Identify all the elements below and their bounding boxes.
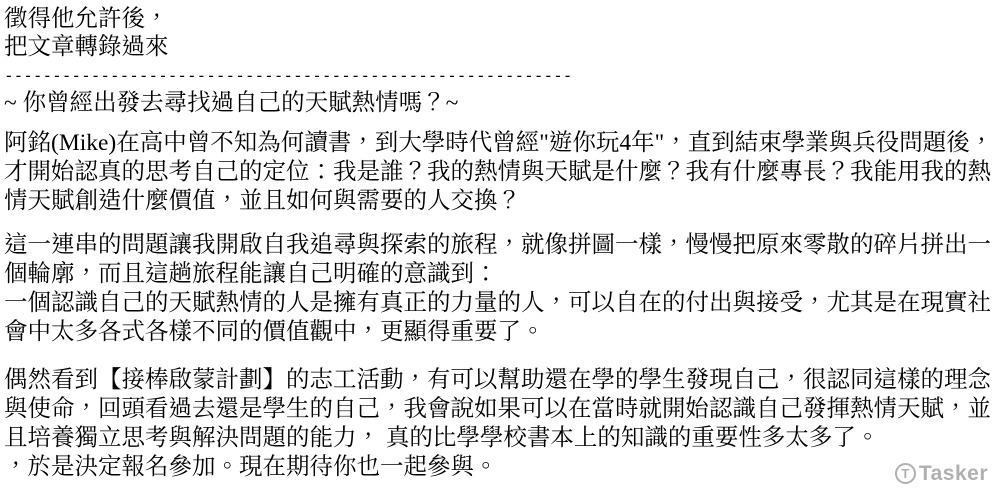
paragraph-3-text-line-a: 偶然看到【接棒啟蒙計劃】的志工活動，有可以幫助還在學的學生發現自己，很認同這樣的… [4,366,996,453]
tasker-watermark: T Tasker [895,463,988,484]
paragraph-1-text: 阿銘(Mike)在高中曾不知為何讀書，到大學時代曾經"遊你玩4年"，直到結束學業… [4,129,996,216]
paragraph-2-text-line-a: 這一連串的問題讓我開啟自我追尋與探索的旅程，就像拼圖一樣，慢慢把原來零散的碎片拼… [4,231,996,289]
article-page: 徵得他允許後， 把文章轉錄過來 ------------------------… [0,0,1000,492]
paragraph-3: 偶然看到【接棒啟蒙計劃】的志工活動，有可以幫助還在學的學生發現自己，很認同這樣的… [4,366,996,482]
paragraph-2: 這一連串的問題讓我開啟自我追尋與探索的旅程，就像拼圖一樣，慢慢把原來零散的碎片拼… [4,231,996,347]
tasker-logo-icon: T [895,463,916,484]
paragraph-2-text-line-b: 一個認識自己的天賦熱情的人是擁有真正的力量的人，可以自在的付出與接受，尤其是在現… [4,289,996,347]
intro-line-2: 把文章轉錄過來 [4,33,996,61]
tasker-brand-text: Tasker [919,463,988,484]
article-title: ~ 你曾經出發去尋找過自己的天賦熱情嗎？~ [4,89,996,118]
paragraph-3-text-line-b: ，於是決定報名參加。現在期待你也一起參與。 [4,453,996,482]
intro-line-1: 徵得他允許後， [4,5,996,33]
paragraph-1: 阿銘(Mike)在高中曾不知為何讀書，到大學時代曾經"遊你玩4年"，直到結束學業… [4,129,996,216]
dashed-divider: ----------------------------------------… [4,65,996,87]
